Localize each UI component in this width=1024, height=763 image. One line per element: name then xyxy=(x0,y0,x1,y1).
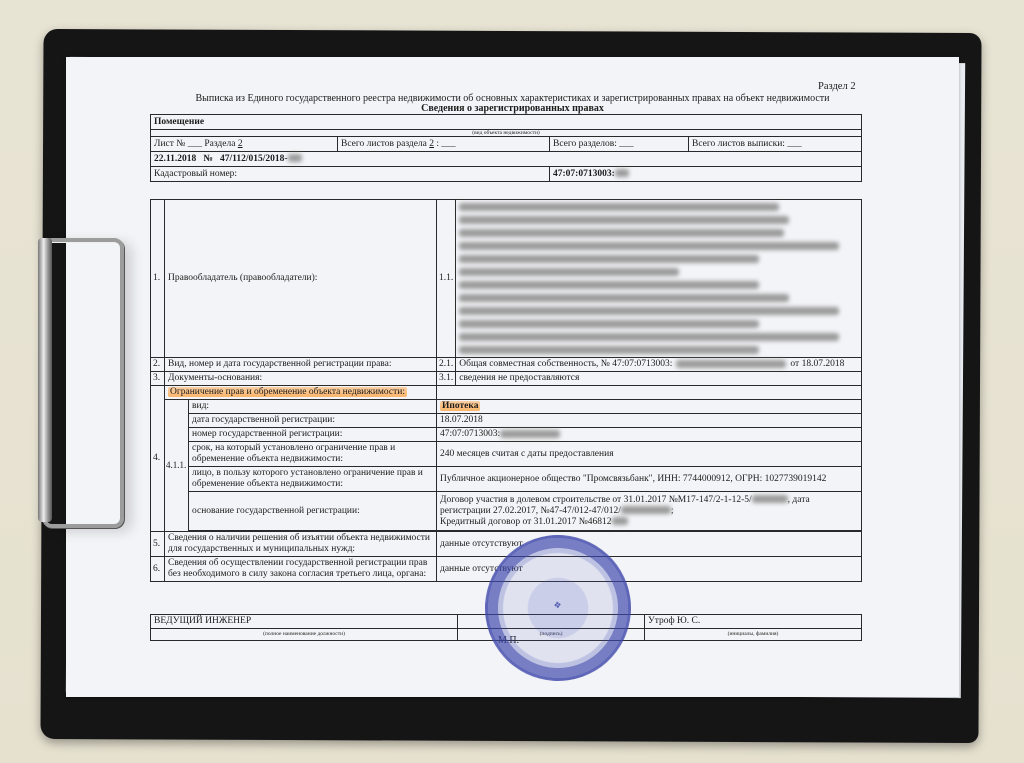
row-6-number: 6. xyxy=(151,557,165,582)
clip-hinge xyxy=(38,238,52,522)
encumbrance-term-label: срок, на который установлено ограничение… xyxy=(189,442,437,467)
row-2-value: Общая совместная собственность, № 47:07:… xyxy=(456,358,862,372)
row-2-number: 2. xyxy=(151,358,165,372)
encumbrance-basis-value: Договор участия в долевом строительстве … xyxy=(437,492,862,531)
encumbrance-beneficiary-label: лицо, в пользу которого установлено огра… xyxy=(189,467,437,492)
row-2-label: Вид, номер и дата государственной регист… xyxy=(165,358,437,372)
row-1-subnumber: 1.1. xyxy=(437,200,456,358)
row-3-label: Документы-основания: xyxy=(165,372,437,386)
row-5-number: 5. xyxy=(151,532,165,557)
encumbrance-label: вид: xyxy=(189,400,437,414)
encumbrance-term-value: 240 месяцев считая с даты предоставления xyxy=(437,442,862,467)
header-table: Помещение (вид объекта недвижимости) Лис… xyxy=(150,114,862,182)
section-number: Раздел 2 xyxy=(818,81,856,93)
total-sheets-section: Всего листов раздела 2 : ___ xyxy=(338,137,550,152)
encumbrance-reg-date-value: 18.07.2018 xyxy=(437,414,862,428)
total-sections: Всего разделов: ___ xyxy=(550,137,689,152)
row-5-label: Сведения о наличии решения об изъятии об… xyxy=(165,532,437,557)
row-6-label: Сведения об осуществлении государственно… xyxy=(165,557,437,582)
object-type: Помещение xyxy=(151,115,862,130)
encumbrance-basis-label: основание государственной регистрации: xyxy=(189,492,437,531)
rights-table: 1. Правообладатель (правообладатели): 1.… xyxy=(150,199,862,582)
document-page: Раздел 2 Выписка из Единого государствен… xyxy=(66,57,959,697)
row-3-number: 3. xyxy=(151,372,165,386)
signer-position: ВЕДУЩИЙ ИНЖЕНЕР xyxy=(151,615,458,629)
encumbrance-beneficiary-value: Публичное акционерное общество "Промсвяз… xyxy=(437,467,862,492)
cadastral-value: 47:07:0713003: xyxy=(550,167,862,182)
position-caption: (полное наименование должности) xyxy=(151,629,458,641)
row-1-number: 1. xyxy=(151,200,165,358)
row-3-subnumber: 3.1. xyxy=(437,372,456,386)
row-4-number: 4. xyxy=(151,386,165,532)
name-caption: (инициалы, фамилия) xyxy=(645,629,862,641)
row-1-value-redacted xyxy=(456,200,862,358)
stamp-emblem-icon: ❖ xyxy=(488,590,628,620)
row-3-value: сведения не предоставляются xyxy=(456,372,862,386)
row-4-heading: Ограничение прав и обременение объекта н… xyxy=(165,386,437,400)
row-4-subnumber: 4.1.1. xyxy=(165,400,189,532)
clipboard-clip xyxy=(42,238,124,528)
row-2-subnumber: 2.1. xyxy=(437,358,456,372)
cadastral-label: Кадастровый номер: xyxy=(151,167,550,182)
object-type-caption: (вид объекта недвижимости) xyxy=(151,130,862,137)
encumbrance-reg-date-label: дата государственной регистрации: xyxy=(189,414,437,428)
encumbrance-value: Ипотека xyxy=(437,400,862,414)
sheet-number: Лист № ___ Раздела 2 xyxy=(151,137,338,152)
total-sheets: Всего листов выписки: ___ xyxy=(689,137,862,152)
date-and-number: 22.11.2018 № 47/112/015/2018- xyxy=(151,152,862,167)
encumbrance-reg-number-label: номер государственной регистрации: xyxy=(189,428,437,442)
encumbrance-reg-number-value: 47:07:0713003: xyxy=(437,428,862,442)
signer-name: Утроф Ю. С. xyxy=(645,615,862,629)
row-1-label: Правообладатель (правообладатели): xyxy=(165,200,437,358)
row-5-value: данные отсутствуют xyxy=(437,532,862,557)
